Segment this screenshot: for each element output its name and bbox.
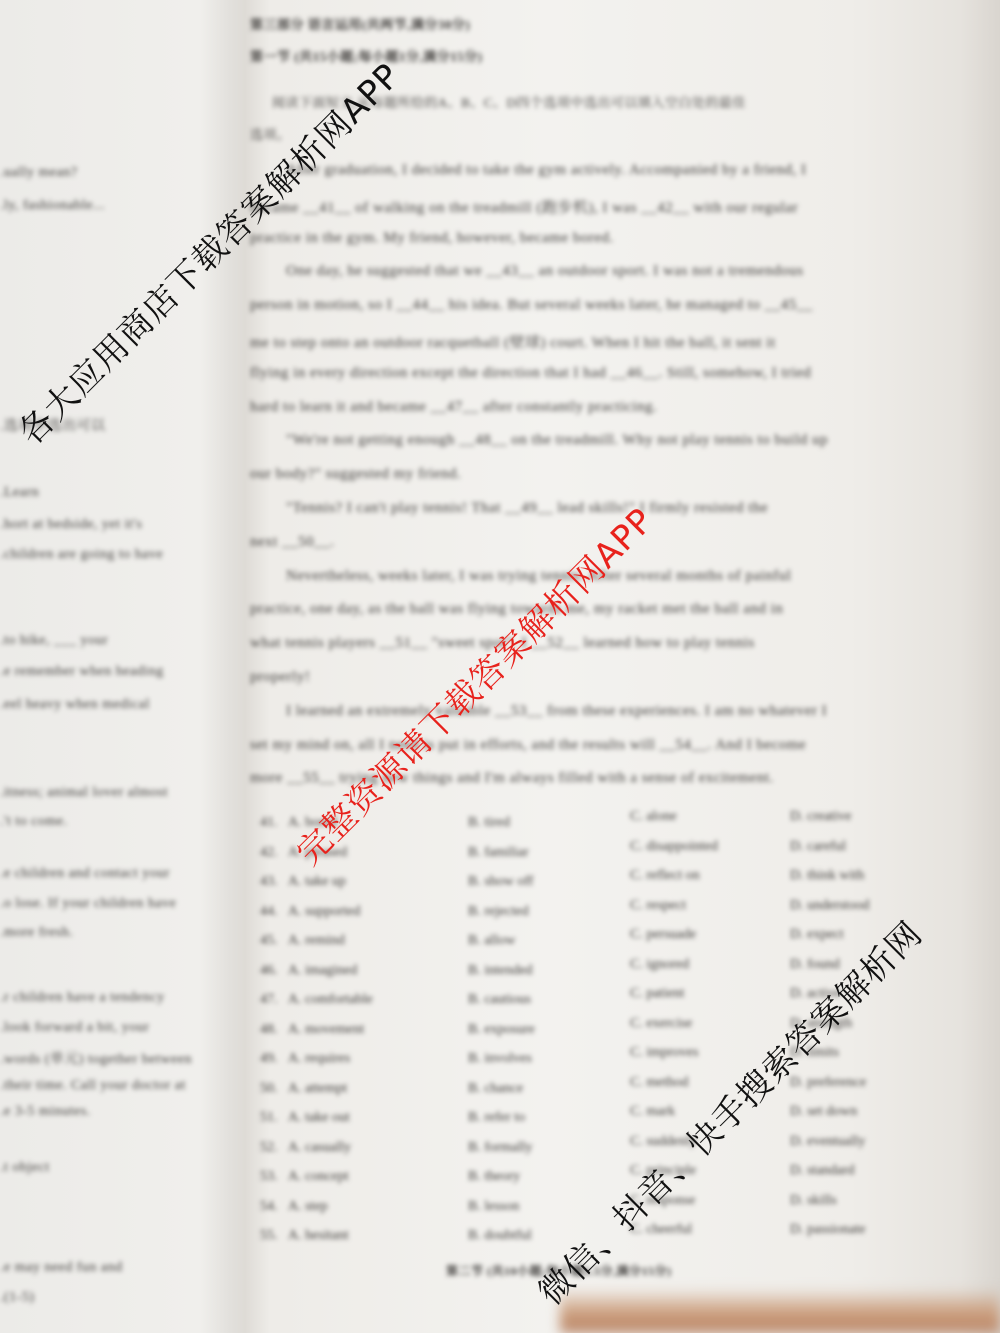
question-number: 46. bbox=[260, 963, 278, 979]
option-b: B. chance bbox=[468, 1081, 523, 1097]
passage-line: next __50__. bbox=[250, 534, 334, 551]
option-d: D. think with bbox=[790, 868, 864, 884]
left-page-line: ...to hike, ___ your bbox=[0, 633, 108, 649]
option-a: A. comfortable bbox=[288, 992, 373, 1008]
question-number: 49. bbox=[260, 1051, 278, 1067]
option-a: A. attempt bbox=[288, 1081, 347, 1097]
option-a: A. requires bbox=[288, 1051, 350, 1067]
option-d: D. found bbox=[790, 957, 840, 973]
passage-line: One day, he suggested that we __43__ an … bbox=[286, 263, 803, 280]
question-number: 52. bbox=[260, 1140, 278, 1156]
question-number: 47. bbox=[260, 992, 278, 1008]
option-d: D. standard bbox=[790, 1163, 855, 1179]
left-page-line: ...itness; animal lover almost bbox=[0, 785, 168, 801]
option-b: B. exposure bbox=[468, 1022, 535, 1038]
question-number: 48. bbox=[260, 1022, 278, 1038]
option-a: A. casually bbox=[288, 1140, 351, 1156]
option-b: B. familiar bbox=[468, 845, 529, 861]
passage-line: our body?" suggested my friend. bbox=[250, 466, 461, 483]
question-number: 51. bbox=[260, 1110, 278, 1126]
option-d: D. passionate bbox=[790, 1222, 865, 1238]
passage-line: "Tennis? I can't play tennis! That __49_… bbox=[286, 500, 768, 517]
option-a: A. supported bbox=[288, 904, 360, 920]
passage-line: flying in every direction except the dir… bbox=[250, 365, 811, 382]
option-d: D. creative bbox=[790, 809, 851, 825]
option-a: A. concept bbox=[288, 1169, 349, 1185]
passage-line: person in motion, so I __44__ his idea. … bbox=[250, 297, 813, 314]
option-b: B. refer to bbox=[468, 1110, 525, 1126]
option-d: D. eventually bbox=[790, 1134, 865, 1150]
option-a: A. remind bbox=[288, 933, 345, 949]
question-number: 55. bbox=[260, 1228, 278, 1244]
left-page-line: ...o lose. If your children have bbox=[0, 896, 176, 912]
left-page-line: ...their time. Call your doctor at bbox=[0, 1078, 186, 1094]
question-number: 43. bbox=[260, 874, 278, 890]
option-b: B. intended bbox=[468, 963, 533, 979]
left-page-line: ...r children have a tendency bbox=[0, 990, 165, 1006]
option-b: B. doubtful bbox=[468, 1228, 532, 1244]
option-d: D. set down bbox=[790, 1104, 857, 1120]
option-b: B. formally bbox=[468, 1140, 533, 1156]
option-c: C. improves bbox=[630, 1045, 698, 1061]
option-c: C. disappointed bbox=[630, 839, 718, 855]
left-page-line: ...ly, fashionable... bbox=[0, 198, 105, 214]
option-c: C. mark bbox=[630, 1104, 675, 1120]
option-d: D. understood bbox=[790, 898, 869, 914]
left-page-line: ...words (单元) together between bbox=[0, 1048, 192, 1068]
option-b: B. theory bbox=[468, 1169, 520, 1185]
passage-line: set my mind on, all I need is put in eff… bbox=[250, 737, 806, 754]
left-page-line: ...'t to come. bbox=[0, 814, 68, 830]
option-a: A. take up bbox=[288, 874, 346, 890]
option-a: A. hesitant bbox=[288, 1228, 349, 1244]
option-c: C. patient bbox=[630, 986, 684, 1002]
question-number: 44. bbox=[260, 904, 278, 920]
option-b: B. allow bbox=[468, 933, 515, 949]
passage-line: practice in the gym. My friend, however,… bbox=[250, 230, 614, 247]
passage-line: hard to learn it and became __47__ after… bbox=[250, 399, 657, 416]
option-d: D. skills bbox=[790, 1193, 837, 1209]
option-a: A. take out bbox=[288, 1110, 350, 1126]
passage-line: more __55__ trying new things and I'm al… bbox=[250, 770, 774, 787]
question-number: 50. bbox=[260, 1081, 278, 1097]
passage-line: I learned an extremely valuable __53__ f… bbox=[286, 703, 827, 720]
option-a: A. movement bbox=[288, 1022, 364, 1038]
passage-line: me to step onto an outdoor racquetball (… bbox=[250, 331, 776, 352]
option-c: C. reflect on bbox=[630, 868, 700, 884]
left-page-line: ...ually mean? bbox=[0, 165, 78, 181]
option-b: B. show off bbox=[468, 874, 533, 890]
option-d: D. expect bbox=[790, 927, 844, 943]
option-b: B. cautious bbox=[468, 992, 531, 1008]
question-number: 53. bbox=[260, 1169, 278, 1185]
question-number: 54. bbox=[260, 1199, 278, 1215]
left-page-line: ...Learn bbox=[0, 485, 39, 501]
option-c: C. respect bbox=[630, 898, 686, 914]
option-d: D. preference bbox=[790, 1075, 866, 1091]
left-page-line: ...e children and contact your bbox=[0, 866, 170, 882]
right-page: 第三部分 语言运用(共两节,满分30分) 第一节 (共15小题;每小题1分,满分… bbox=[250, 0, 980, 1300]
option-b: B. tired bbox=[468, 815, 510, 831]
option-d: D. careful bbox=[790, 839, 846, 855]
left-page: ...ually mean?...ly, fashionable......选项… bbox=[0, 0, 235, 1333]
option-a: A. step bbox=[288, 1199, 328, 1215]
passage-line: became __41__ of walking on the treadmil… bbox=[250, 196, 798, 217]
option-c: C. method bbox=[630, 1075, 688, 1091]
question-number: 45. bbox=[260, 933, 278, 949]
option-c: C. exercise bbox=[630, 1016, 692, 1032]
left-page-line: ...e remember when heading bbox=[0, 664, 164, 680]
option-b: B. lesson bbox=[468, 1199, 519, 1215]
left-page-line: ...t object bbox=[0, 1160, 50, 1176]
left-page-line: ...eel heavy when medical bbox=[0, 697, 150, 713]
left-page-line: ...e may need fun and bbox=[0, 1260, 123, 1276]
left-page-line: ...e 3-5 minutes. bbox=[0, 1104, 91, 1120]
passage-line: After graduation, I decided to take the … bbox=[286, 162, 807, 179]
option-c: C. persuade bbox=[630, 927, 696, 943]
option-a: A. imagined bbox=[288, 963, 357, 979]
passage-line: properly! bbox=[250, 669, 310, 686]
left-page-line: ...children are going to have bbox=[0, 547, 163, 563]
left-page-line: ...look forward a bit, your bbox=[0, 1020, 149, 1036]
left-page-line: ...hort at bedside, yet it's bbox=[0, 517, 142, 533]
left-page-line: ...more fresh. bbox=[0, 925, 73, 941]
option-b: B. involves bbox=[468, 1051, 532, 1067]
option-c: C. alone bbox=[630, 809, 677, 825]
question-number: 41. bbox=[260, 815, 278, 831]
left-page-line: ...(1-5) bbox=[0, 1290, 35, 1306]
question-number: 42. bbox=[260, 845, 278, 861]
option-b: B. rejected bbox=[468, 904, 529, 920]
passage-line: "We're not getting enough __48__ on the … bbox=[286, 432, 828, 449]
option-c: C. ignored bbox=[630, 957, 689, 973]
section-heading: 第三部分 语言运用(共两节,满分30分) bbox=[250, 14, 470, 33]
